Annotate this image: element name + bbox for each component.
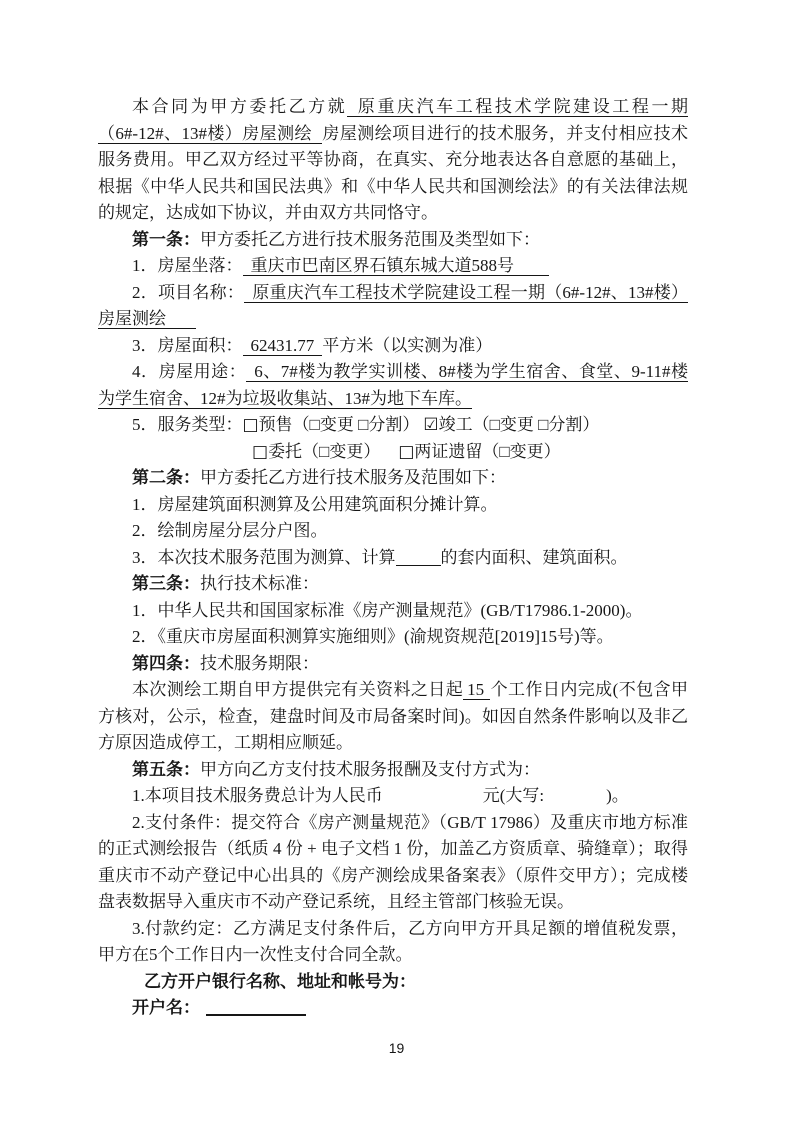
payment-agreement-item: 3.付款约定：乙方满足支付条件后，乙方向甲方开具足额的增值税发票，甲方在5个工作… xyxy=(98,916,688,969)
article-3-heading: 第三条：执行技术标准： xyxy=(98,571,688,598)
project-name-label: 2．项目名称： xyxy=(132,283,244,302)
house-location-item: 1．房屋坐落：重庆市巴南区界石镇东城大道588号 xyxy=(98,253,688,280)
scope-blank-fill xyxy=(396,549,441,566)
service-type-line2: □委托（□变更）□两证遗留（□变更） xyxy=(98,439,688,466)
intro-pre-text: 本合同为甲方委托乙方就 xyxy=(132,97,347,116)
duration-fill: 15 xyxy=(463,680,490,700)
article-2-item-2: 2．绘制房屋分层分户图。 xyxy=(98,518,688,545)
contract-intro: 本合同为甲方委托乙方就原重庆汽车工程技术学院建设工程一期（6#-12#、13#楼… xyxy=(98,94,688,227)
article-2-item-1: 1．房屋建筑面积测算及公用建筑面积分摊计算。 xyxy=(98,492,688,519)
article-3-lead: 执行技术标准： xyxy=(200,574,319,593)
article-1-lead: 甲方委托乙方进行技术服务范围及类型如下： xyxy=(200,230,540,249)
service-option-two-cert-sub: （□变更） xyxy=(482,442,560,461)
article-4-title: 第四条： xyxy=(132,654,200,673)
house-usage-item: 4．房屋用途：6、7#楼为教学实训楼、8#楼为学生宿舍、食堂、9-11#楼为学生… xyxy=(98,359,688,412)
article-3-item-2-text: 2．《重庆市房屋面积测算实施细则》(渝规资规范[2019]15号)等。 xyxy=(132,627,614,646)
service-type-label: 5．服务类型： xyxy=(132,415,243,434)
service-fee-end: )。 xyxy=(606,786,629,805)
house-location-fill: 重庆市巴南区界石镇东城大道588号 xyxy=(243,256,550,276)
service-option-presale: □预售（□变更 □分割） xyxy=(243,415,420,434)
article-3-item-2: 2．《重庆市房屋面积测算实施细则》(渝规资规范[2019]15号)等。 xyxy=(98,624,688,651)
article-2-item-3-pre: 3．本次技术服务范围为测算、计算 xyxy=(132,548,396,567)
article-4-paragraph: 本次测绘工期自甲方提供完有关资料之日起15个工作日内完成(不包含甲方核对，公示，… xyxy=(98,677,688,757)
article-5-lead: 甲方向乙方支付技术服务报酬及支付方式为： xyxy=(200,760,540,779)
duration-days-value: 15 xyxy=(467,680,484,699)
article-4-heading: 第四条：技术服务期限： xyxy=(98,651,688,678)
article-2-lead: 甲方委托乙方进行技术服务及范围如下： xyxy=(200,468,506,487)
payment-terms-text: 2.支付条件：提交符合《房产测量规范》（GB/T 17986）及重庆市地方标准的… xyxy=(98,813,688,912)
article-5-heading: 第五条：甲方向乙方支付技术服务报酬及支付方式为： xyxy=(98,757,688,784)
service-option-presale-label: 预售 xyxy=(259,415,293,434)
page-number: 19 xyxy=(0,1040,793,1056)
project-name-item: 2．项目名称：原重庆汽车工程技术学院建设工程一期（6#-12#、13#楼）房屋测… xyxy=(98,280,688,333)
house-area-value: 62431.77 xyxy=(251,336,315,355)
checkbox-unchecked-icon: □ xyxy=(398,442,414,462)
house-area-label: 3．房屋面积： xyxy=(132,336,243,355)
checkbox-unchecked-icon: □ xyxy=(252,442,268,462)
article-2-item-2-text: 2．绘制房屋分层分户图。 xyxy=(132,521,328,540)
article-1-heading: 第一条：甲方委托乙方进行技术服务范围及类型如下： xyxy=(98,227,688,254)
document-page: 本合同为甲方委托乙方就原重庆汽车工程技术学院建设工程一期（6#-12#、13#楼… xyxy=(0,0,793,1122)
account-name-line: 开户名： xyxy=(98,995,688,1022)
service-fee-mid: 元(大写: xyxy=(483,786,544,805)
service-option-completion-label: 竣工 xyxy=(439,415,473,434)
account-name-blank xyxy=(206,999,306,1016)
service-option-completion-sub: （□变更 □分割） xyxy=(473,415,600,434)
service-type-item: 5．服务类型：□预售（□变更 □分割）☑竣工（□变更 □分割） xyxy=(98,412,688,439)
house-location-value: 重庆市巴南区界石镇东城大道588号 xyxy=(251,256,515,275)
service-option-entrust: □委托（□变更） xyxy=(252,442,380,461)
article-5-title: 第五条： xyxy=(132,760,200,779)
house-usage-label: 4．房屋用途： xyxy=(132,362,246,381)
service-option-completion: ☑竣工（□变更 □分割） xyxy=(423,415,599,434)
article-2-item-1-text: 1．房屋建筑面积测算及公用建筑面积分摊计算。 xyxy=(132,495,498,514)
service-option-entrust-label: 委托 xyxy=(268,442,302,461)
account-name-label: 开户名： xyxy=(132,998,200,1017)
article-4-pre: 本次测绘工期自甲方提供完有关资料之日起 xyxy=(132,680,463,699)
article-3-title: 第三条： xyxy=(132,574,200,593)
article-2-title: 第二条： xyxy=(132,468,200,487)
house-area-suffix: 平方米（以实测为准） xyxy=(322,336,492,355)
checkbox-unchecked-icon: □ xyxy=(243,415,259,435)
payment-agreement-text: 3.付款约定：乙方满足支付条件后，乙方向甲方开具足额的增值税发票，甲方在5个工作… xyxy=(98,919,688,965)
house-area-fill: 62431.77 xyxy=(243,336,323,356)
article-4-lead: 技术服务期限： xyxy=(200,654,319,673)
service-option-two-cert-label: 两证遗留 xyxy=(414,442,482,461)
checkbox-checked-icon: ☑ xyxy=(423,415,438,435)
contract-body: 本合同为甲方委托乙方就原重庆汽车工程技术学院建设工程一期（6#-12#、13#楼… xyxy=(98,94,688,1022)
house-location-label: 1．房屋坐落： xyxy=(132,256,243,275)
service-fee-pre: 1.本项目技术服务费总计为人民币 xyxy=(132,786,383,805)
payment-terms-item: 2.支付条件：提交符合《房产测量规范》（GB/T 17986）及重庆市地方标准的… xyxy=(98,810,688,916)
article-1-title: 第一条： xyxy=(132,230,200,249)
article-2-item-3: 3．本次技术服务范围为测算、计算的套内面积、建筑面积。 xyxy=(98,545,688,572)
article-3-item-1-text: 1．中华人民共和国国家标准《房产测量规范》(GB/T17986.1-2000)。 xyxy=(132,601,642,620)
bank-info-heading: 乙方开户银行名称、地址和帐号为： xyxy=(98,969,688,996)
article-3-item-1: 1．中华人民共和国国家标准《房产测量规范》(GB/T17986.1-2000)。 xyxy=(98,598,688,625)
service-fee-item: 1.本项目技术服务费总计为人民币元(大写:)。 xyxy=(98,783,688,810)
service-option-presale-sub: （□变更 □分割） xyxy=(293,415,420,434)
house-area-item: 3．房屋面积：62431.77平方米（以实测为准） xyxy=(98,333,688,360)
service-option-entrust-sub: （□变更） xyxy=(302,442,380,461)
article-2-item-3-post: 的套内面积、建筑面积。 xyxy=(441,548,628,567)
article-2-heading: 第二条：甲方委托乙方进行技术服务及范围如下： xyxy=(98,465,688,492)
service-option-two-cert: □两证遗留（□变更） xyxy=(398,442,560,461)
